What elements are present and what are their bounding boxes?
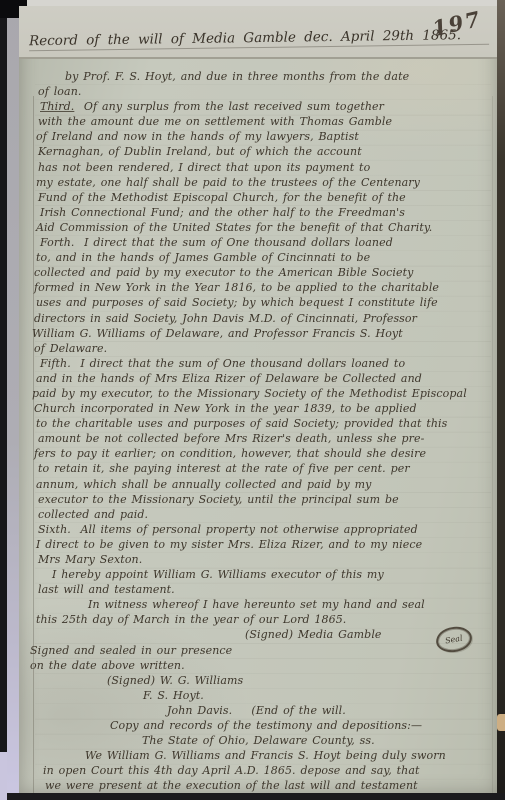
- manuscript-line: The State of Ohio, Delaware County, ss.: [19, 733, 498, 748]
- manuscript-line: Forth. I direct that the sum of One thou…: [19, 235, 498, 250]
- manuscript-line: paid by my executor, to the Missionary S…: [19, 386, 498, 401]
- manuscript-lines: by Prof. F. S. Hoyt, and due in three mo…: [19, 69, 498, 794]
- manuscript-line: to, and in the hands of James Gamble of …: [19, 250, 498, 265]
- manuscript-line: of Ireland and now in the hands of my la…: [19, 129, 498, 144]
- manuscript-line: Third. Of any surplus from the last rece…: [19, 99, 498, 114]
- manuscript-line: Irish Connectional Fund; and the other h…: [19, 205, 498, 220]
- book-page: Record of the will of Media Gamble dec. …: [19, 6, 498, 794]
- manuscript-line: uses and purposes of said Society; by wh…: [19, 295, 498, 310]
- manuscript-line: John Davis. (End of the will.: [19, 703, 498, 718]
- scanned-book-photo: Record of the will of Media Gamble dec. …: [0, 0, 505, 800]
- manuscript-line: Aid Commission of the United States for …: [19, 220, 498, 235]
- manuscript-line: formed in New York in the Year 1816, to …: [19, 280, 498, 295]
- manuscript-line: amount be not collected before Mrs Rizer…: [19, 431, 498, 446]
- manuscript-line: directors in said Society, John Davis M.…: [19, 311, 498, 326]
- manuscript-line: and in the hands of Mrs Eliza Rizer of D…: [19, 371, 498, 386]
- manuscript-line: In witness whereof I have hereunto set m…: [19, 597, 498, 612]
- manuscript-line: to the charitable uses and purposes of s…: [19, 416, 498, 431]
- manuscript-line: collected and paid.: [19, 507, 498, 522]
- manuscript-line: Copy and records of the testimony and de…: [19, 718, 498, 733]
- right-book-edge: [497, 0, 505, 800]
- bottom-left-paper-sliver: [0, 752, 7, 800]
- manuscript-line: Sixth. All items of personal property no…: [19, 522, 498, 537]
- manuscript-line: William G. Williams of Delaware, and Pro…: [19, 326, 498, 341]
- manuscript-line: We William G. Williams and Francis S. Ho…: [19, 748, 498, 763]
- manuscript-line: of loan.: [19, 84, 498, 99]
- manuscript-line: by Prof. F. S. Hoyt, and due in three mo…: [19, 69, 498, 84]
- manuscript-line: F. S. Hoyt.: [19, 688, 498, 703]
- manuscript-line: Fund of the Methodist Episcopal Church, …: [19, 190, 498, 205]
- manuscript-line: (Signed) W. G. Williams: [19, 673, 498, 688]
- page-edge-notch: [497, 714, 505, 731]
- manuscript-line: with the amount due me on settlement wit…: [19, 114, 498, 129]
- manuscript-line: I hereby appoint William G. Williams exe…: [19, 567, 498, 582]
- manuscript-line: collected and paid by my executor to the…: [19, 265, 498, 280]
- manuscript-line: this 25th day of March in the year of ou…: [19, 612, 498, 627]
- manuscript-line: Mrs Mary Sexton.: [19, 552, 498, 567]
- manuscript-line: annum, which shall be annually collected…: [19, 477, 498, 492]
- manuscript-line: last will and testament.: [19, 582, 498, 597]
- manuscript-line: fers to pay it earlier; on condition, ho…: [19, 446, 498, 461]
- manuscript-line: to retain it, she paying interest at the…: [19, 461, 498, 476]
- manuscript-line: on the date above written.: [19, 658, 498, 673]
- manuscript-line: (Signed) Media Gamble: [19, 627, 498, 642]
- manuscript-line: I direct to be given to my sister Mrs. E…: [19, 537, 498, 552]
- manuscript-line: Church incorporated in New York in the y…: [19, 401, 498, 416]
- manuscript-line: in open Court this 4th day April A.D. 18…: [19, 763, 498, 778]
- seal-label: Seal: [445, 634, 464, 646]
- manuscript-line: has not been rendered, I direct that upo…: [19, 160, 498, 175]
- page-header-band: Record of the will of Media Gamble dec. …: [19, 6, 498, 59]
- manuscript-line: executor to the Missionary Society, unti…: [19, 492, 498, 507]
- manuscript-line: Signed and sealed in our presence: [19, 643, 498, 658]
- manuscript-line: we were present at the execution of the …: [19, 778, 498, 793]
- bottom-book-edge: [7, 793, 505, 800]
- left-page-edge-strip: [7, 0, 19, 800]
- manuscript-line: my estate, one half shall be paid to the…: [19, 175, 498, 190]
- manuscript-line: Fifth. I direct that the sum of One thou…: [19, 356, 498, 371]
- manuscript-line: Kernaghan, of Dublin Ireland, but of whi…: [19, 144, 498, 159]
- record-header-title: Record of the will of Media Gamble dec. …: [29, 27, 489, 51]
- manuscript-line: of Delaware.: [19, 341, 498, 356]
